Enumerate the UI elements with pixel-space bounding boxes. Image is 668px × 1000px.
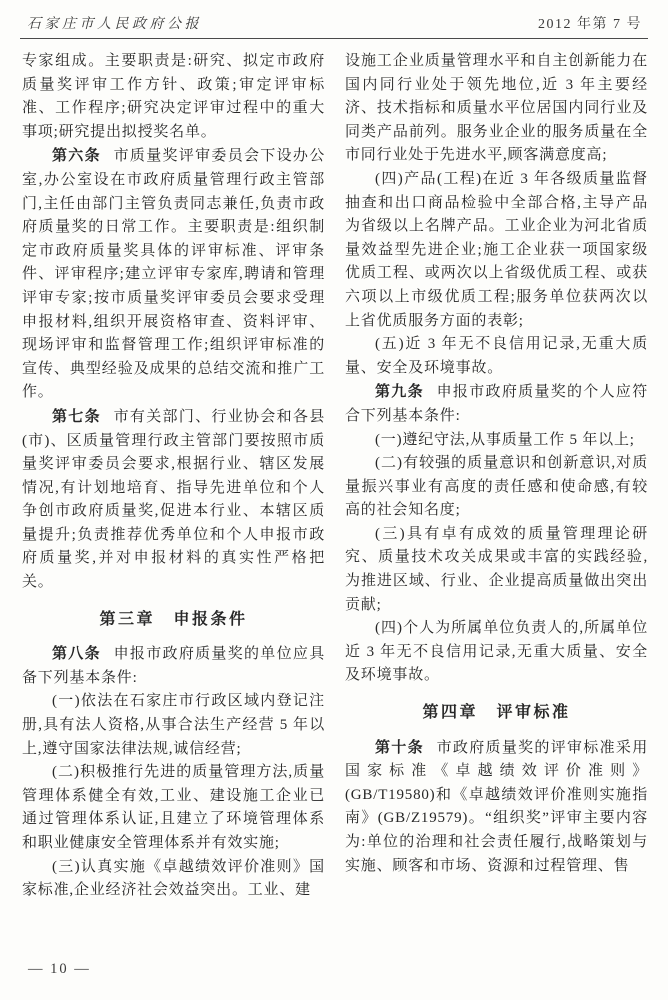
article-number: 第七条 xyxy=(52,408,101,425)
page-header: 石家庄市人民政府公报 2012 年第 7 号 xyxy=(0,0,668,38)
article-paragraph: 第七条市有关部门、行业协会和各县(市)、区质量管理行政主管部门要按照市质量奖评审… xyxy=(22,405,325,595)
article-number: 第十条 xyxy=(375,739,424,756)
article-paragraph: 第六条市质量奖评审委员会下设办公室,办公室设在市政府质量管理行政主管部门,主任由… xyxy=(22,144,325,405)
article-number: 第六条 xyxy=(52,147,101,164)
paragraph: (三)具有卓有成效的质量管理理论研究、质量技术攻关成果或丰富的实践经验,为推进区… xyxy=(345,523,648,617)
paragraph: (四)产品(工程)在近 3 年各级质量监督抽查和出口商品检验中全部合格,主导产品… xyxy=(345,168,648,333)
article-number: 第九条 xyxy=(375,383,424,400)
paragraph: (四)个人为所属单位负责人的,所属单位近 3 年无不良信用记录,无重大质量、安全… xyxy=(345,617,648,688)
right-column: 设施工企业质量管理水平和自主创新能力在国内同行业处于领先地位,近 3 年主要经济… xyxy=(345,50,648,903)
journal-title: 石家庄市人民政府公报 xyxy=(27,13,202,33)
issue-number: 2012 年第 7 号 xyxy=(538,13,642,33)
paragraph: 专家组成。主要职责是:研究、拟定市政府质量奖评审工作方针、政策;审定评审标准、工… xyxy=(22,50,325,144)
left-column: 专家组成。主要职责是:研究、拟定市政府质量奖评审工作方针、政策;审定评审标准、工… xyxy=(22,50,325,903)
paragraph: (二)积极推行先进的质量管理方法,质量管理体系健全有效,工业、建设施工企业已通过… xyxy=(22,761,325,855)
paragraph: 设施工企业质量管理水平和自主创新能力在国内同行业处于领先地位,近 3 年主要经济… xyxy=(345,50,648,168)
chapter-heading: 第四章 评审标准 xyxy=(345,701,648,725)
two-column-body: 专家组成。主要职责是:研究、拟定市政府质量奖评审工作方针、政策;审定评审标准、工… xyxy=(0,39,668,903)
paragraph: (一)遵纪守法,从事质量工作 5 年以上; xyxy=(345,429,648,453)
paragraph: (一)依法在石家庄市行政区域内登记注册,具有法人资格,从事合法生产经营 5 年以… xyxy=(22,690,325,761)
article-number: 第八条 xyxy=(52,645,101,662)
page-number: — 10 — xyxy=(28,961,91,977)
chapter-heading: 第三章 申报条件 xyxy=(22,608,325,632)
page-footer: — 10 — xyxy=(28,961,91,978)
article-paragraph: 第九条申报市政府质量奖的个人应符合下列基本条件: xyxy=(345,380,648,428)
article-paragraph: 第十条市政府质量奖的评审标准采用国家标准《卓越绩效评价准则》(GB/T19580… xyxy=(345,736,648,879)
paragraph: (五)近 3 年无不良信用记录,无重大质量、安全及环境事故。 xyxy=(345,333,648,380)
article-paragraph: 第八条申报市政府质量奖的单位应具备下列基本条件: xyxy=(22,642,325,690)
gazette-page: 石家庄市人民政府公报 2012 年第 7 号 专家组成。主要职责是:研究、拟定市… xyxy=(0,0,668,1000)
paragraph: (二)有较强的质量意识和创新意识,对质量振兴事业有高度的责任感和使命感,有较高的… xyxy=(345,452,648,523)
paragraph: (三)认真实施《卓越绩效评价准则》国家标准,企业经济社会效益突出。工业、建 xyxy=(22,856,325,903)
